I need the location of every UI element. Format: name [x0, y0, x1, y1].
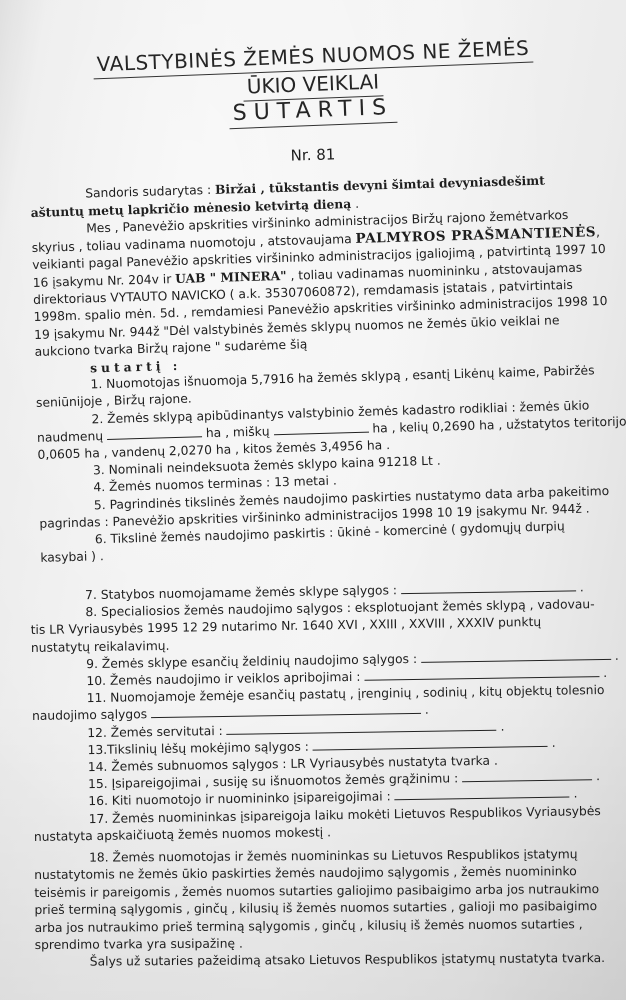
blank-field: [107, 425, 202, 440]
blank-field: [395, 786, 570, 801]
blank-field: [462, 768, 592, 782]
contract-clauses: 7. Statybos nuomojamame žemės sklype sąl…: [30, 579, 624, 846]
scanned-page: VALSTYBINĖS ŽEMĖS NUOMOS NE ŽEMĖS ŪKIO V…: [0, 0, 626, 1000]
blank-field: [401, 579, 576, 594]
blank-field: [273, 420, 368, 435]
contract-final: 18. Žemės nuomotojas ir žemės nuomininka…: [34, 846, 625, 972]
contract-number: Nr. 81: [0, 138, 626, 172]
contract-intro: Sandoris sudarytas : Biržai , tūkstantis…: [30, 170, 625, 568]
blank-field: [421, 648, 611, 663]
blank-field: [313, 735, 548, 751]
blank-field: [364, 665, 599, 681]
closing-statement: Šalys už sutaries pažeidimą atsako Lietu…: [35, 950, 625, 972]
